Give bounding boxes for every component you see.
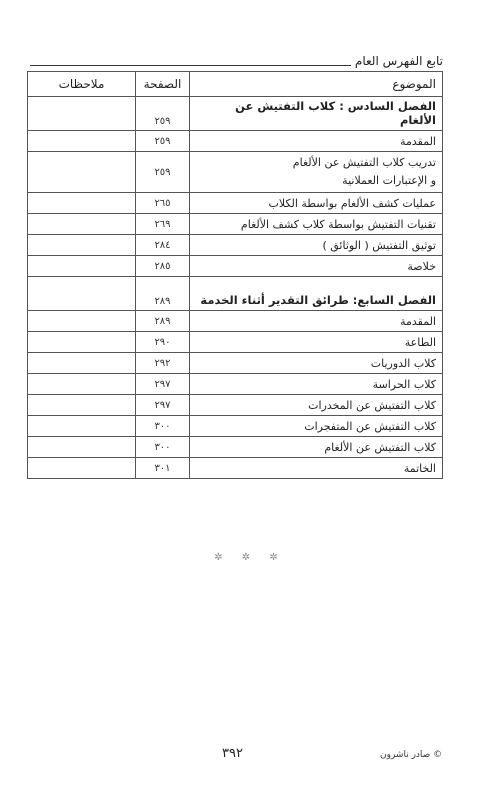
page-cell: ٢٩٠	[136, 332, 190, 353]
topic-cell: خلاصة	[190, 256, 443, 277]
notes-cell	[28, 235, 136, 256]
notes-cell	[28, 353, 136, 374]
page-cell: ٢٩٧	[136, 395, 190, 416]
page-cell: ٢٦٩	[136, 214, 190, 235]
table-row: المقدمة ٢٨٩	[28, 311, 443, 332]
topic-cell: كلاب الدوريات	[190, 353, 443, 374]
column-header-topic: الموضوع	[190, 72, 443, 97]
notes-cell	[28, 97, 136, 131]
page-cell: ٢٨٩	[136, 277, 190, 311]
header-rule	[30, 65, 351, 66]
table-row: عمليات كشف الألغام بواسطة الكلاب ٢٦٥	[28, 193, 443, 214]
topic-cell: الطاعة	[190, 332, 443, 353]
column-header-notes: ملاحظات	[28, 72, 136, 97]
page-cell: ٢٩٧	[136, 374, 190, 395]
topic-cell: تدريب كلاب التفتيش عن الألغام و الإعتبار…	[190, 152, 443, 193]
table-row: خلاصة ٢٨٥	[28, 256, 443, 277]
notes-cell	[28, 458, 136, 479]
page-cell: ٢٨٥	[136, 256, 190, 277]
page-cell: ٢٦٥	[136, 193, 190, 214]
notes-cell	[28, 131, 136, 152]
header-title: تابع الفهرس العام	[351, 54, 443, 68]
table-row: تقنيات التفتيش بواسطة كلاب كشف الألغام ٢…	[28, 214, 443, 235]
notes-cell	[28, 311, 136, 332]
notes-cell	[28, 374, 136, 395]
table-row: توثيق التفتيش ( الوثائق ) ٢٨٤	[28, 235, 443, 256]
table-row: الطاعة ٢٩٠	[28, 332, 443, 353]
topic-cell: توثيق التفتيش ( الوثائق )	[190, 235, 443, 256]
notes-cell	[28, 437, 136, 458]
table-row: كلاب التفتيش عن المخدرات ٢٩٧	[28, 395, 443, 416]
topic-cell: المقدمة	[190, 131, 443, 152]
topic-cell: كلاب الحراسة	[190, 374, 443, 395]
publisher-credit: © صادر ناشرون	[380, 750, 442, 760]
topic-cell: الفصل السابع: طرائق التقدير أثناء الخدمة	[190, 277, 443, 311]
notes-cell	[28, 395, 136, 416]
page-cell: ٢٥٩	[136, 152, 190, 193]
topic-cell: الخاتمة	[190, 458, 443, 479]
notes-cell	[28, 277, 136, 311]
topic-cell: كلاب التفتيش عن المخدرات	[190, 395, 443, 416]
table-row-chapter: الفصل السادس : كلاب التفتيش عن الألغام ٢…	[28, 97, 443, 131]
page-cell: ٣٠١	[136, 458, 190, 479]
page-cell: ٢٩٢	[136, 353, 190, 374]
running-header: تابع الفهرس العام	[30, 52, 443, 68]
table-row: كلاب التفتيش عن الألغام ٣٠٠	[28, 437, 443, 458]
page-cell: ٣٠٠	[136, 416, 190, 437]
topic-cell: تقنيات التفتيش بواسطة كلاب كشف الألغام	[190, 214, 443, 235]
table-row: كلاب التفتيش عن المتفجرات ٣٠٠	[28, 416, 443, 437]
page-cell: ٢٥٩	[136, 131, 190, 152]
topic-cell: كلاب التفتيش عن الألغام	[190, 437, 443, 458]
notes-cell	[28, 214, 136, 235]
topic-cell: كلاب التفتيش عن المتفجرات	[190, 416, 443, 437]
table-row-chapter: الفصل السابع: طرائق التقدير أثناء الخدمة…	[28, 277, 443, 311]
column-header-page: الصفحة	[136, 72, 190, 97]
notes-cell	[28, 152, 136, 193]
topic-cell: المقدمة	[190, 311, 443, 332]
section-separator-stars-icon: ✲ ✲ ✲	[0, 552, 500, 563]
table-row: المقدمة ٢٥٩	[28, 131, 443, 152]
toc-table: الموضوع الصفحة ملاحظات الفصل السادس : كل…	[27, 71, 443, 479]
page-cell: ٢٨٤	[136, 235, 190, 256]
topic-line-1: تدريب كلاب التفتيش عن الألغام	[196, 154, 436, 172]
notes-cell	[28, 256, 136, 277]
topic-cell: عمليات كشف الألغام بواسطة الكلاب	[190, 193, 443, 214]
topic-cell: الفصل السادس : كلاب التفتيش عن الألغام	[190, 97, 443, 131]
topic-line-2: و الإعتبارات العملانية	[196, 172, 436, 190]
notes-cell	[28, 193, 136, 214]
table-row: كلاب الحراسة ٢٩٧	[28, 374, 443, 395]
page-cell: ٣٠٠	[136, 437, 190, 458]
notes-cell	[28, 332, 136, 353]
page-number: ٣٩٢	[222, 746, 243, 761]
table-row: تدريب كلاب التفتيش عن الألغام و الإعتبار…	[28, 152, 443, 193]
notes-cell	[28, 416, 136, 437]
table-header-row: الموضوع الصفحة ملاحظات	[28, 72, 443, 97]
page-cell: ٢٥٩	[136, 97, 190, 131]
table-row: الخاتمة ٣٠١	[28, 458, 443, 479]
page-cell: ٢٨٩	[136, 311, 190, 332]
table-row: كلاب الدوريات ٢٩٢	[28, 353, 443, 374]
